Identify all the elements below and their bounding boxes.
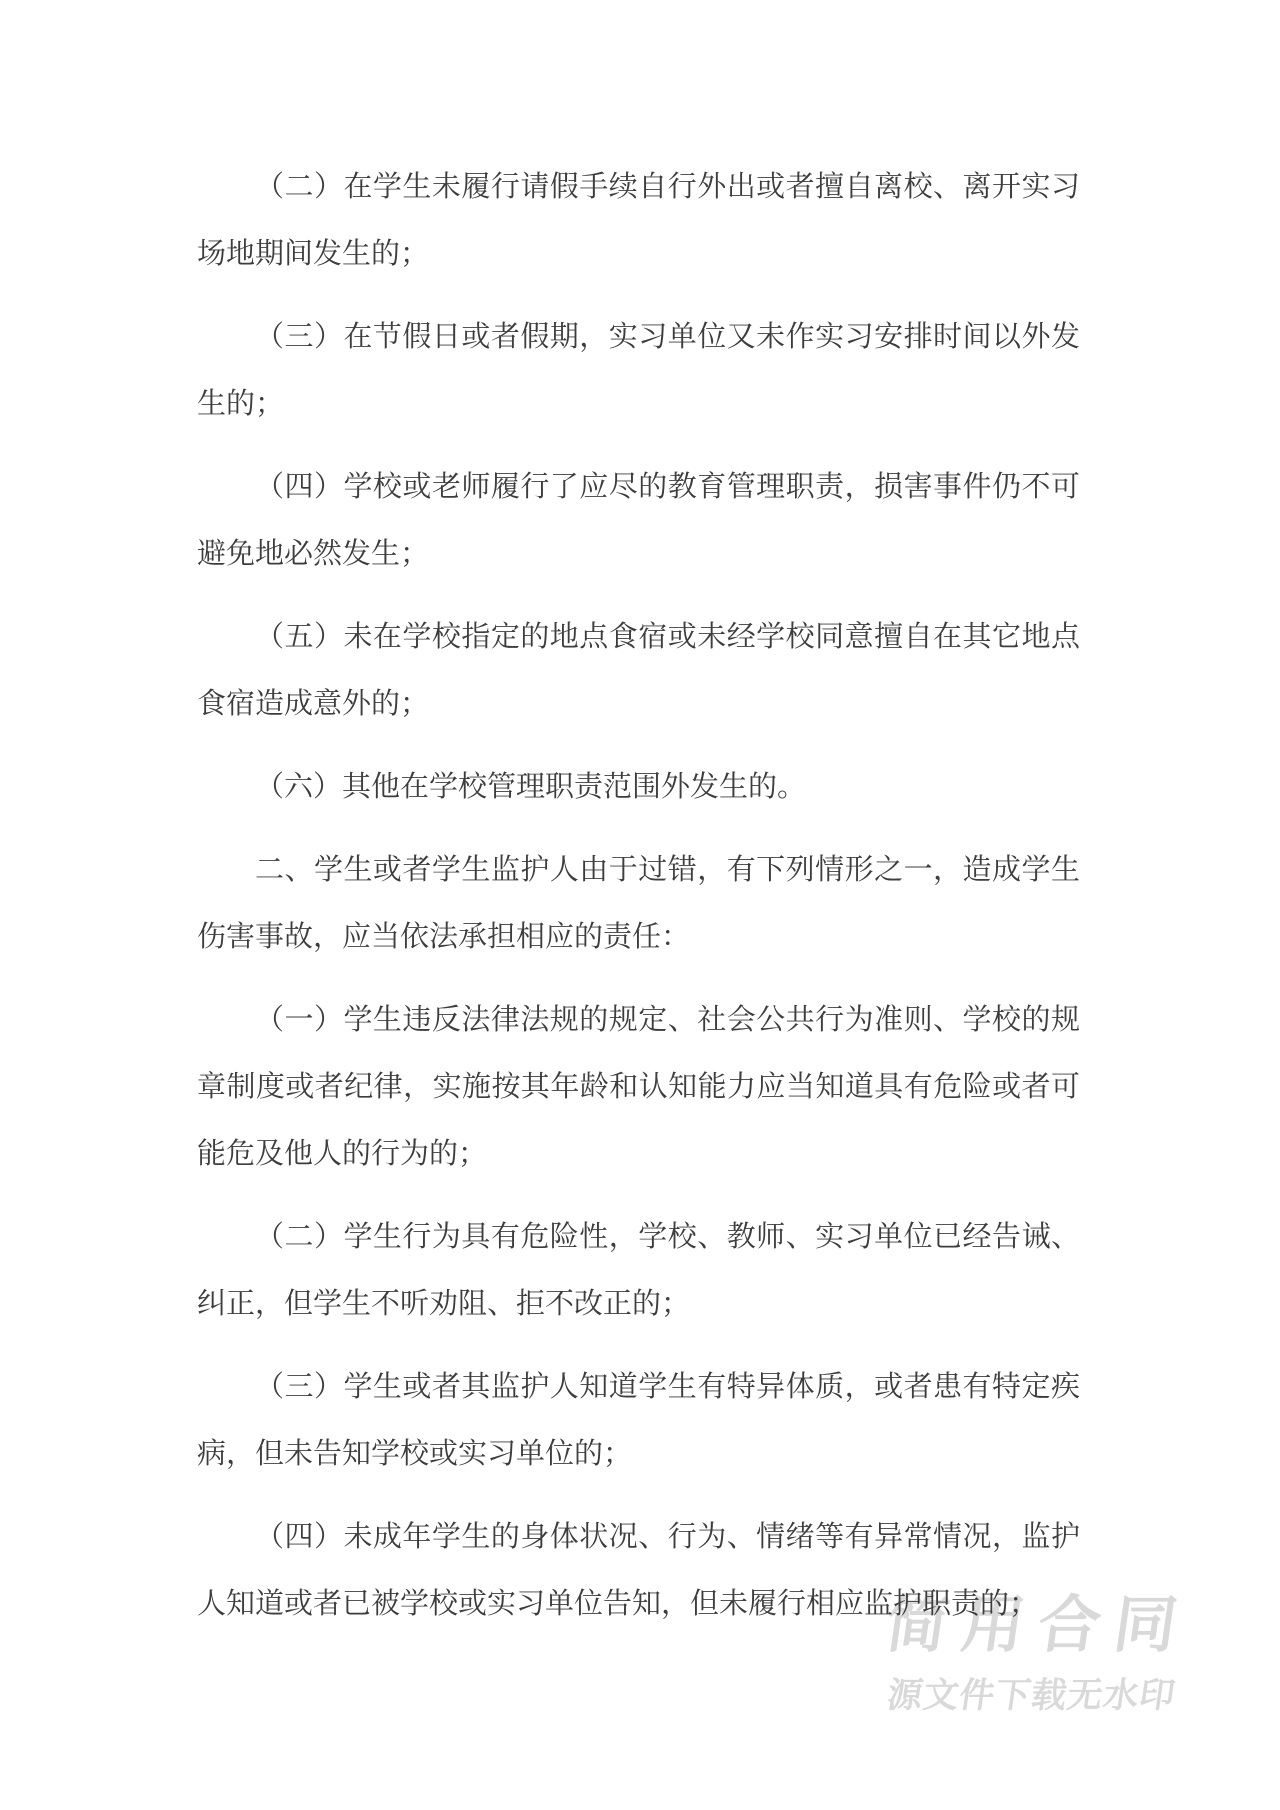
paragraph-line: （五）未在学校指定的地点食宿或未经学校同意擅自在其它地点 bbox=[197, 604, 1080, 671]
paragraph-line: （四）学校或老师履行了应尽的教育管理职责，损害事件仍不可 bbox=[197, 454, 1080, 521]
paragraph-line: （三）在节假日或者假期，实习单位又未作实习安排时间以外发 bbox=[197, 304, 1080, 371]
paragraph-line: 伤害事故，应当依法承担相应的责任： bbox=[197, 904, 1080, 971]
paragraph-line: 避免地必然发生； bbox=[197, 521, 1080, 588]
paragraph-line: （一）学生违反法律法规的规定、社会公共行为准则、学校的规 bbox=[197, 987, 1080, 1054]
paragraph-line: （二）学生行为具有危险性，学校、教师、实习单位已经告诫、 bbox=[197, 1204, 1080, 1271]
document-text-block: （二）在学生未履行请假手续自行外出或者擅自离校、离开实习 场地期间发生的； （三… bbox=[197, 154, 1080, 1638]
paragraph-line: （二）在学生未履行请假手续自行外出或者擅自离校、离开实习 bbox=[197, 154, 1080, 221]
watermark-tagline: 源文件下载无水印 bbox=[885, 1678, 1178, 1713]
paragraph-line: 病，但未告知学校或实习单位的； bbox=[197, 1421, 1080, 1488]
paragraph-line: 生的； bbox=[197, 371, 1080, 438]
paragraph-line: 人知道或者已被学校或实习单位告知，但未履行相应监护职责的； bbox=[197, 1571, 1080, 1638]
paragraph-line: 二、学生或者学生监护人由于过错，有下列情形之一，造成学生 bbox=[197, 837, 1080, 904]
paragraph-line: 能危及他人的行为的； bbox=[197, 1121, 1080, 1188]
paragraph-line: 场地期间发生的； bbox=[197, 221, 1080, 288]
paragraph-line: （六）其他在学校管理职责范围外发生的。 bbox=[197, 754, 1080, 821]
paragraph-line: （四）未成年学生的身体状况、行为、情绪等有异常情况，监护 bbox=[197, 1504, 1080, 1571]
paragraph-line: 纠正，但学生不听劝阻、拒不改正的； bbox=[197, 1271, 1080, 1338]
paragraph-line: （三）学生或者其监护人知道学生有特异体质，或者患有特定疾 bbox=[197, 1354, 1080, 1421]
document-page: （二）在学生未履行请假手续自行外出或者擅自离校、离开实习 场地期间发生的； （三… bbox=[0, 0, 1280, 1810]
paragraph-line: 食宿造成意外的； bbox=[197, 671, 1080, 738]
paragraph-line: 章制度或者纪律，实施按其年龄和认知能力应当知道具有危险或者可 bbox=[197, 1054, 1080, 1121]
